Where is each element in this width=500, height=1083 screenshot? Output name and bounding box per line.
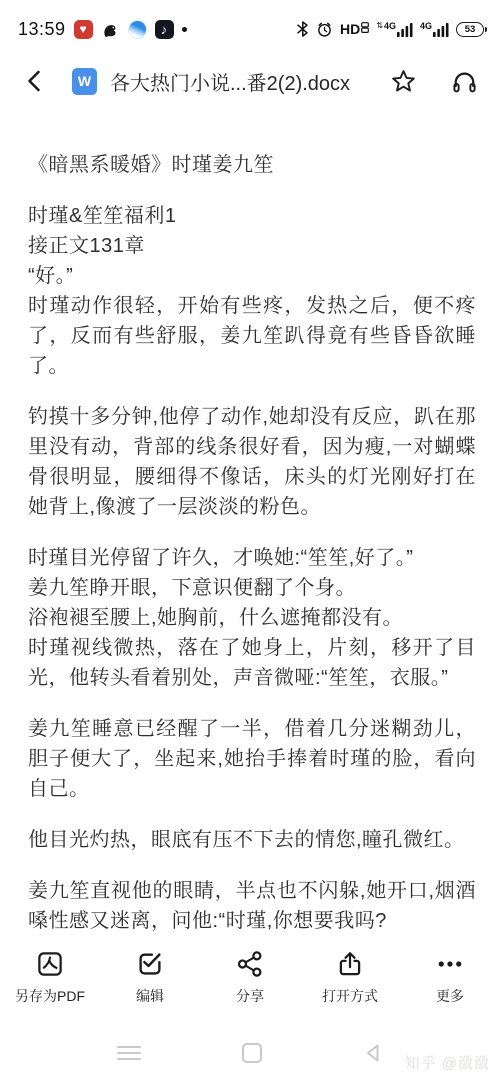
tool-label: 编辑 [136, 986, 164, 1006]
heart-app-icon: ♥ [74, 20, 93, 39]
doc-paragraph: 接正文131章 [28, 231, 476, 261]
tool-label: 更多 [436, 986, 464, 1006]
bluetooth-icon [296, 21, 309, 37]
doc-paragraph: 时瑾动作很轻，开始有些疼，发热之后，便不疼了，反而有些舒服，姜九笙趴得竟有些昏昏… [28, 291, 476, 381]
tool-label: 分享 [236, 986, 264, 1006]
signal-sim2-icon: 4G [420, 22, 449, 37]
document-header: W 各大热门小说...番2(2).docx [0, 50, 500, 112]
status-right: HD ⇅ 4G 4G 53 [296, 21, 484, 38]
doc-paragraph: “好。” [28, 261, 476, 291]
doc-paragraph: 他目光灼热，眼底有压不下去的情您,瞳孔微红。 [28, 825, 476, 855]
favorite-star-button[interactable] [390, 68, 417, 95]
doc-paragraph: 时瑾&笙笙福利1 [28, 201, 476, 231]
document-title: 各大热门小说...番2(2).docx [110, 67, 390, 96]
doc-paragraph: 时瑾目光停留了许久，才唤她:“笙笙,好了。” [28, 543, 476, 573]
android-nav-bar: 知乎 @潋潋 [0, 1023, 500, 1083]
doc-paragraph: 姜九笙睡意已经醒了一半，借着几分迷糊劲儿，胆子便大了，坐起来,她抬手捧着时瑾的脸… [28, 714, 476, 804]
save-as-pdf-button[interactable]: 另存为PDF [0, 949, 100, 1006]
signal-sim1-icon: ⇅ 4G [376, 22, 413, 37]
douyin-icon: ♪ [155, 20, 174, 39]
edit-button[interactable]: 编辑 [100, 949, 200, 1006]
pdf-icon [35, 949, 65, 979]
phone-screen: 13:59 ♥ ♪ HD ⇅ 4G [0, 0, 500, 1083]
edit-icon [135, 949, 165, 979]
more-button[interactable]: 更多 [400, 949, 500, 1006]
share-button[interactable]: 分享 [200, 949, 300, 1006]
tool-label: 打开方式 [322, 986, 378, 1006]
wps-doc-icon: W [72, 68, 97, 95]
status-left: 13:59 ♥ ♪ [18, 19, 187, 40]
read-aloud-button[interactable] [451, 68, 478, 95]
doc-paragraph: 姜九笙直视他的眼睛，半点也不闪躲,她开口,烟酒嗓性感又迷离，问他:“时瑾,你想要… [28, 876, 476, 936]
home-button[interactable] [241, 1042, 263, 1064]
doc-paragraph: 姜九笙睁开眼，下意识便翻了个身。 [28, 573, 476, 603]
watermark-text: 知乎 @潋潋 [405, 1052, 490, 1073]
notification-dot-icon [182, 27, 187, 32]
open-with-button[interactable]: 打开方式 [300, 949, 400, 1006]
share-icon [235, 949, 265, 979]
back-nav-button[interactable] [362, 1042, 384, 1064]
more-icon [435, 949, 465, 979]
doc-title-line: 《暗黑系暖婚》时瑾姜九笙 [28, 150, 476, 180]
doc-paragraph: 浴袍褪至腰上,她胸前，什么遮掩都没有。 [28, 603, 476, 633]
browser-blue-icon [128, 20, 147, 39]
back-button[interactable] [24, 69, 44, 93]
uc-browser-icon [101, 20, 120, 39]
tool-label: 另存为PDF [15, 986, 85, 1006]
clock: 13:59 [18, 19, 66, 40]
bottom-toolbar: 另存为PDF 编辑 分享 打开方式 更多 [0, 939, 500, 1023]
hd-volte-icon: HD [340, 22, 369, 36]
recents-menu-button[interactable] [116, 1044, 142, 1062]
doc-paragraph: 钓摸十多分钟,他停了动作,她却没有反应，趴在那里没有动，背部的线条很好看，因为瘦… [28, 402, 476, 522]
status-bar: 13:59 ♥ ♪ HD ⇅ 4G [0, 0, 500, 50]
battery-icon: 53 [456, 22, 484, 37]
alarm-icon [316, 21, 333, 38]
doc-paragraph: 时瑾视线微热，落在了她身上，片刻，移开了目光，他转头看着别处，声音微哑:“笙笙，… [28, 633, 476, 693]
document-page: 《暗黑系暖婚》时瑾姜九笙 时瑾&笙笙福利1 接正文131章 “好。” 时瑾动作很… [0, 112, 500, 939]
open-with-icon [335, 949, 365, 979]
